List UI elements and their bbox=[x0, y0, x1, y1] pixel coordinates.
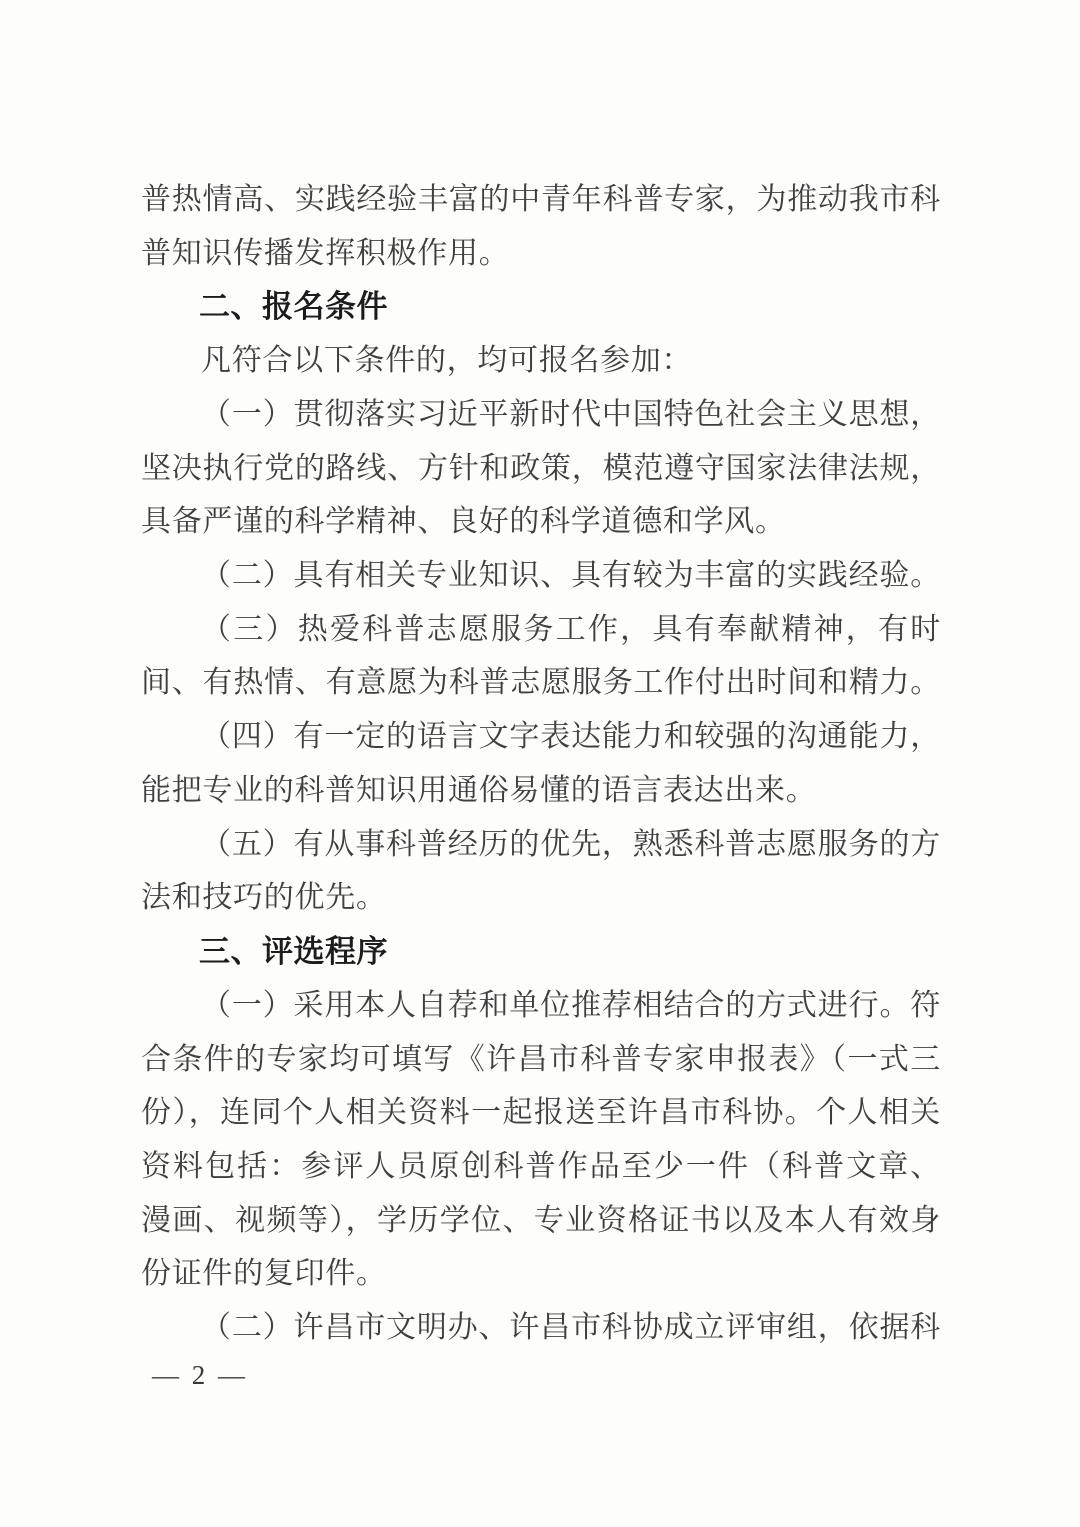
text-line: （二）具有相关专业知识、具有较为丰富的实践经验。 bbox=[141, 549, 941, 603]
text-line: （四）有一定的语言文字表达能力和较强的沟通能力， bbox=[141, 710, 941, 764]
page-number: — 2 — bbox=[152, 1360, 248, 1391]
text-line: （三）热爱科普志愿服务工作，具有奉献精神，有时 bbox=[141, 603, 941, 657]
section-heading: 三、评选程序 bbox=[141, 925, 941, 979]
document-page: 普热情高、实践经验丰富的中青年科普专家，为推动我市科 普知识传播发挥积极作用。 … bbox=[0, 0, 1080, 1527]
text-line: （一）采用本人自荐和单位推荐相结合的方式进行。符 bbox=[141, 979, 941, 1033]
text-line: 份），连同个人相关资料一起报送至许昌市科协。个人相关 bbox=[141, 1086, 941, 1140]
text-line: 坚决执行党的路线、方针和政策，模范遵守国家法律法规， bbox=[141, 442, 941, 496]
text-line: 能把专业的科普知识用通俗易懂的语言表达出来。 bbox=[141, 764, 941, 818]
text-line: 份证件的复印件。 bbox=[141, 1247, 941, 1301]
text-line: 普热情高、实践经验丰富的中青年科普专家，为推动我市科 bbox=[141, 173, 941, 227]
text-line: 间、有热情、有意愿为科普志愿服务工作付出时间和精力。 bbox=[141, 656, 941, 710]
text-line: 资料包括：参评人员原创科普作品至少一件（科普文章、 bbox=[141, 1140, 941, 1194]
text-line: 普知识传播发挥积极作用。 bbox=[141, 227, 941, 281]
text-block: 普热情高、实践经验丰富的中青年科普专家，为推动我市科 普知识传播发挥积极作用。 … bbox=[141, 173, 941, 1355]
text-line: （二）许昌市文明办、许昌市科协成立评审组，依据科 bbox=[141, 1301, 941, 1355]
text-line: 合条件的专家均可填写《许昌市科普专家申报表》（一式三 bbox=[141, 1033, 941, 1087]
text-line: 凡符合以下条件的，均可报名参加： bbox=[141, 334, 941, 388]
text-line: 法和技巧的优先。 bbox=[141, 871, 941, 925]
text-line: （一）贯彻落实习近平新时代中国特色社会主义思想， bbox=[141, 388, 941, 442]
section-heading: 二、报名条件 bbox=[141, 280, 941, 334]
text-line: 具备严谨的科学精神、良好的科学道德和学风。 bbox=[141, 495, 941, 549]
text-line: （五）有从事科普经历的优先，熟悉科普志愿服务的方 bbox=[141, 818, 941, 872]
text-line: 漫画、视频等），学历学位、专业资格证书以及本人有效身 bbox=[141, 1194, 941, 1248]
